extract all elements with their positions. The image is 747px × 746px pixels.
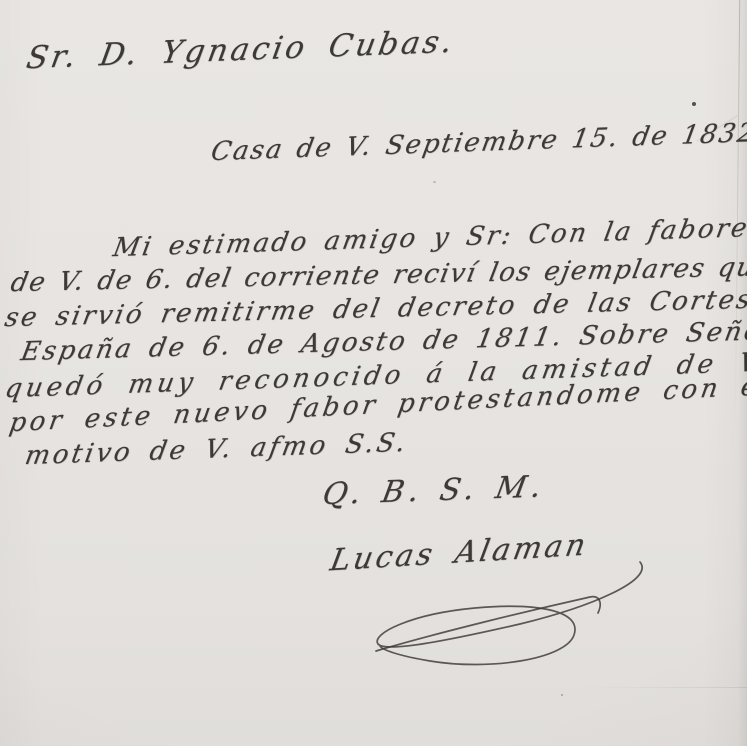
paper-speck (433, 181, 436, 183)
letter-photo: Sr. D. Ygnacio Cubas. Casa de V. Septiem… (0, 0, 747, 746)
paper-crease-bottom-right (582, 687, 747, 688)
paper-speck (561, 694, 563, 696)
signature: Lucas Alaman (327, 527, 591, 578)
valediction: Q. B. S. M. (320, 469, 549, 512)
paper-edge-shadow (738, 0, 747, 746)
ink-speck (692, 102, 696, 106)
dateline: Casa de V. Septiembre 15. de 1832. (209, 118, 747, 168)
recipient-line: Sr. D. Ygnacio Cubas. (24, 24, 458, 77)
